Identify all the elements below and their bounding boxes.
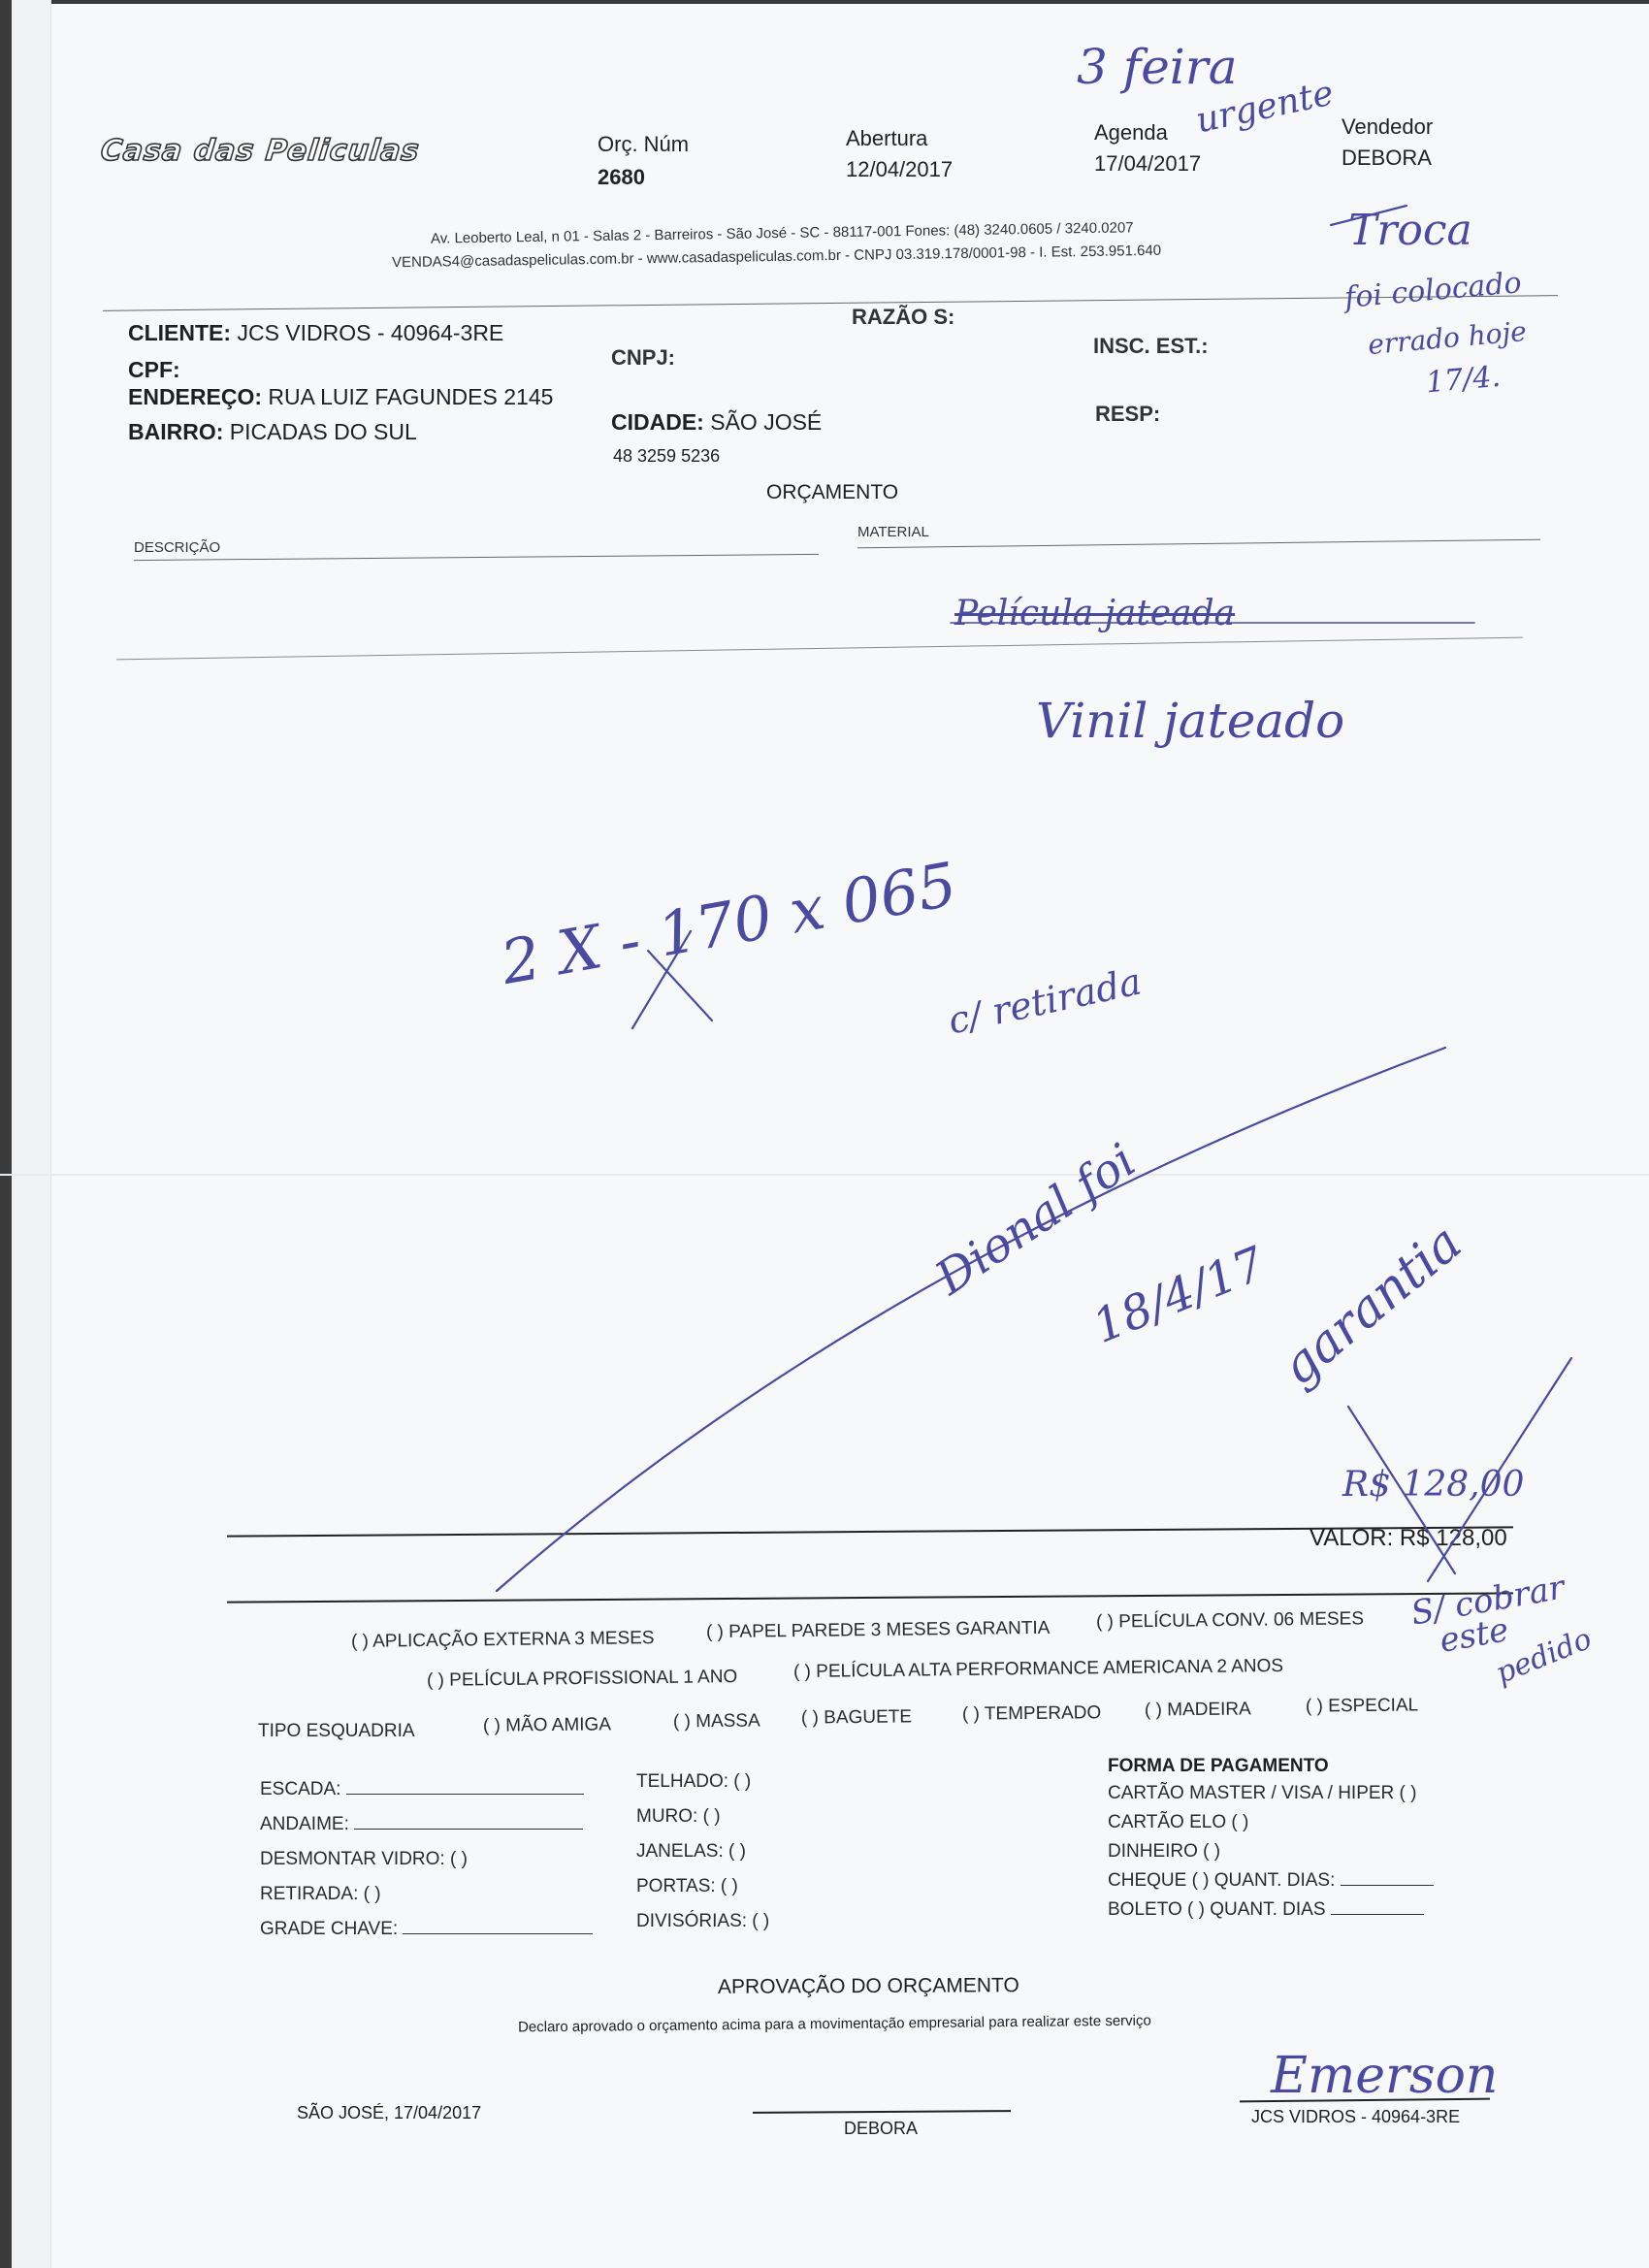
material-handwritten: Vinil jateado xyxy=(1036,693,1344,749)
diagonal-strike xyxy=(497,1048,1445,1591)
material-crossed: Película jateada xyxy=(954,594,1235,633)
client-signature: Emerson xyxy=(1271,2047,1498,2105)
price-note: R$ 128,00 xyxy=(1342,1465,1524,1505)
note-3-feira: 3 feira xyxy=(1077,39,1238,95)
note-date-17-4: 17/4. xyxy=(1425,360,1503,401)
note-troca: Troca xyxy=(1348,206,1472,255)
